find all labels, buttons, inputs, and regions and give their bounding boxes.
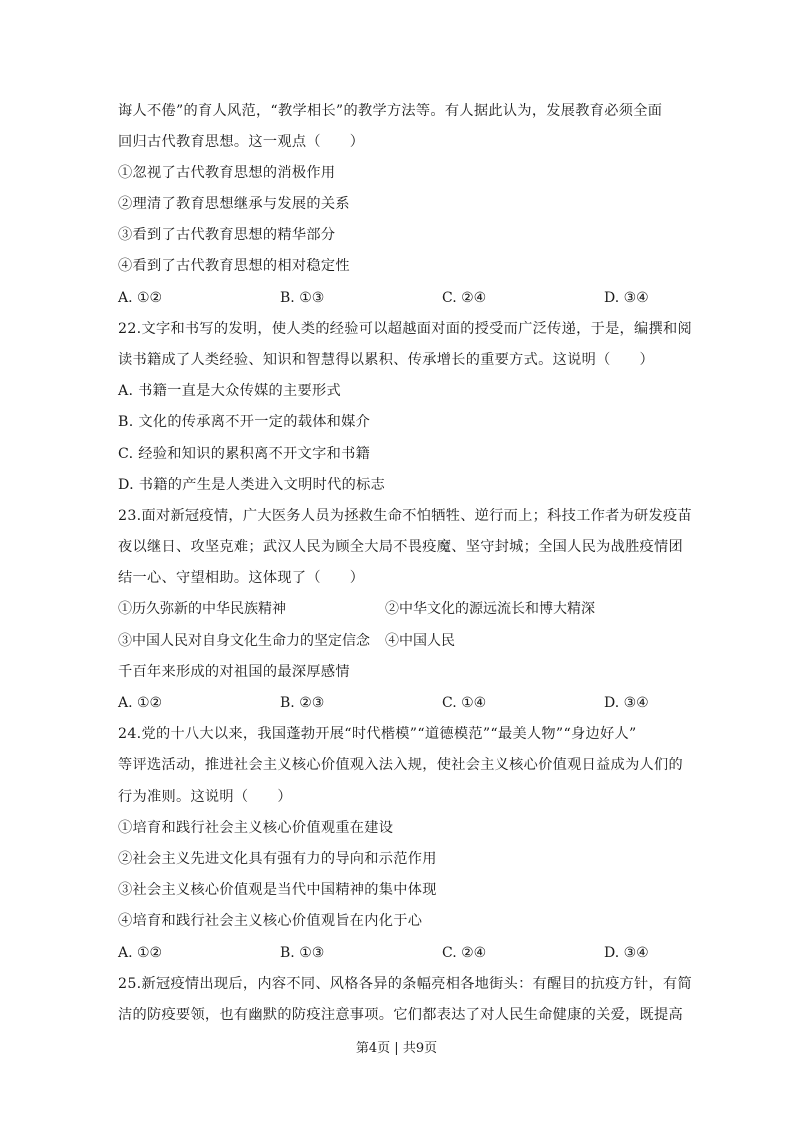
q25-stem-line: 洁的防疫要领，也有幽默的防疫注意事项。它们都表达了对人民生命健康的关爱，既提高 (118, 1005, 678, 1025)
q21-stem-line: 回归古代教育思想。这一观点（ ） (118, 132, 678, 152)
q24-statement: ④培育和践行社会主义核心价值观旨在内化于心 (118, 911, 678, 931)
q21-statement: ④看到了古代教育思想的相对稳定性 (118, 256, 678, 276)
page-number-footer: 第4页 | 共9页 (0, 1040, 793, 1058)
q24-statement: ②社会主义先进文化具有强有力的导向和示范作用 (118, 849, 678, 869)
q21-option-b: B. ①③ (280, 288, 324, 308)
q23-option-c: C. ①④ (442, 693, 486, 713)
q22-stem-line: 22.文字和书写的发明，使人类的经验可以超越面对面的授受而广泛传递，于是，编撰和… (118, 319, 678, 339)
q22-stem-line: 读书籍成了人类经验、知识和智慧得以累积、传承增长的重要方式。这说明（ ） (118, 350, 678, 370)
q22-option-d: D. 书籍的产生是人类进入文明时代的标志 (118, 475, 678, 495)
q23-stem-line: 夜以继日、攻坚克难；武汉人民为顾全大局不畏疫魔、坚守封城；全国人民为战胜疫情团 (118, 537, 678, 557)
q23-option-a: A. ①② (118, 693, 162, 713)
document-page: 诲人不倦”的育人风范，“教学相长”的教学方法等。有人据此认为，发展教育必须全面 … (0, 0, 793, 1122)
q21-statement: ②理清了教育思想继承与发展的关系 (118, 194, 678, 214)
q24-option-a: A. ①② (118, 943, 162, 963)
q23-statement: ③中国人民对自身文化生命力的坚定信念 (118, 631, 370, 651)
q24-option-d: D. ③④ (604, 943, 649, 963)
q21-statement: ①忽视了古代教育思想的消极作用 (118, 163, 678, 183)
q22-option-b: B. 文化的传承离不开一定的载体和媒介 (118, 412, 678, 432)
q24-option-c: C. ②④ (442, 943, 486, 963)
q22-option-a: A. 书籍一直是大众传媒的主要形式 (118, 381, 678, 401)
q24-statement: ①培育和践行社会主义核心价值观重在建设 (118, 818, 678, 838)
q21-option-a: A. ①② (118, 288, 162, 308)
q23-statement-continued: 千百年来形成的对祖国的最深厚感情 (118, 662, 678, 682)
q23-option-b: B. ②③ (280, 693, 324, 713)
q21-option-d: D. ③④ (604, 288, 649, 308)
q23-statement: ②中华文化的源远流长和博大精深 (385, 599, 595, 619)
q21-statement: ③看到了古代教育思想的精华部分 (118, 225, 678, 245)
q23-stem-line: 23.面对新冠疫情，广大医务人员为拯救生命不怕牺牲、逆行而上；科技工作者为研发疫… (118, 506, 678, 526)
q24-stem-line: 24.党的十八大以来，我国蓬勃开展“时代楷模”“道德模范”“最美人物”“身边好人… (118, 724, 678, 744)
q23-statement: ④中国人民 (385, 631, 455, 651)
q21-stem-line: 诲人不倦”的育人风范，“教学相长”的教学方法等。有人据此认为，发展教育必须全面 (118, 101, 678, 121)
q24-option-b: B. ①③ (280, 943, 324, 963)
q22-option-c: C. 经验和知识的累积离不开文字和书籍 (118, 444, 678, 464)
q25-stem-line: 25.新冠疫情出现后，内容不同、风格各异的条幅亮相各地街头：有醒目的抗疫方针，有… (118, 974, 678, 994)
q21-option-c: C. ②④ (442, 288, 486, 308)
q23-stem-line: 结一心、守望相助。这体现了（ ） (118, 568, 678, 588)
q24-stem-line: 行为准则。这说明（ ） (118, 787, 678, 807)
q23-statement: ①历久弥新的中华民族精神 (118, 599, 286, 619)
q24-stem-line: 等评选活动，推进社会主义核心价值观入法入规，使社会主义核心价值观日益成为人们的 (118, 755, 678, 775)
q24-statement: ③社会主义核心价值观是当代中国精神的集中体现 (118, 880, 678, 900)
q23-option-d: D. ③④ (604, 693, 649, 713)
